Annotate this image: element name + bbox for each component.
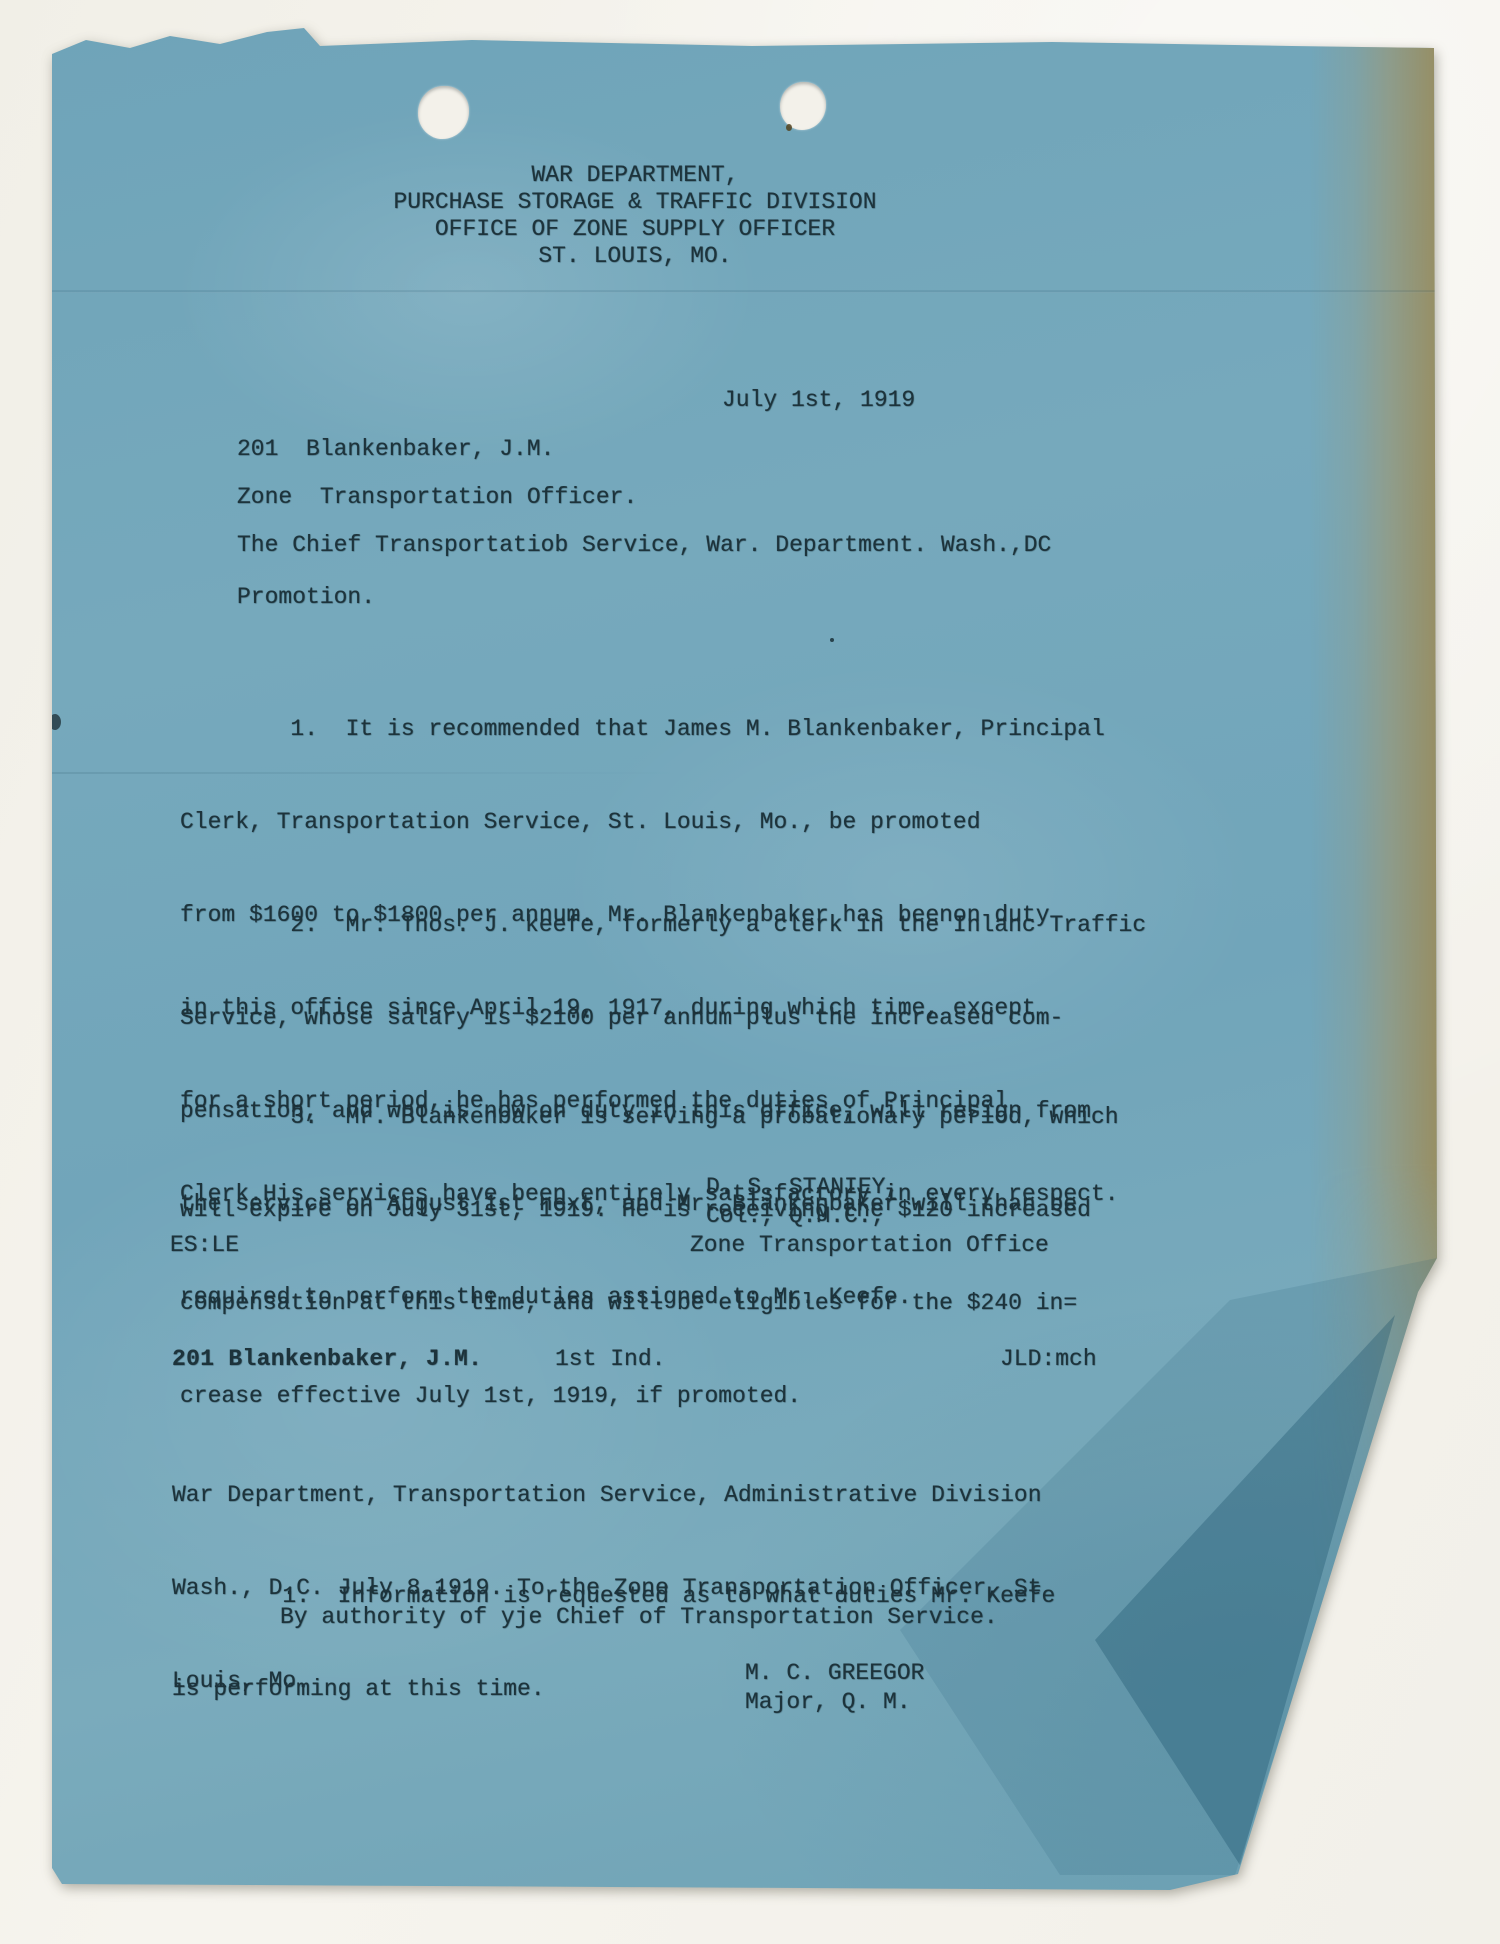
endorsement-clerk-initials: JLD:mch (1000, 1346, 1097, 1373)
letterhead-line: OFFICE OF ZONE SUPPLY OFFICER (435, 216, 835, 243)
endorsement-signature-name: M. C. GREEGOR (745, 1660, 924, 1687)
letterhead-line: WAR DEPARTMENT, (531, 162, 738, 189)
date-line: July 1st, 1919 (722, 387, 915, 414)
punch-hole (780, 82, 826, 130)
signature-name: D. S. STANIEY, (706, 1174, 899, 1201)
letterhead-line: ST. LOUIS, MO. (538, 243, 731, 270)
to-line: The Chief Transportatiob Service, War. D… (237, 532, 1051, 559)
endorsement-signature-rank: Major, Q. M. (745, 1689, 911, 1716)
letter-paper: WAR DEPARTMENT, PURCHASE STORAGE & TRAFF… (52, 28, 1437, 1890)
letterhead-line: PURCHASE STORAGE & TRAFFIC DIVISION (393, 189, 876, 216)
body-line: Clerk, Transportation Service, St. Louis… (180, 807, 1119, 838)
body-line: crease effective July 1st, 1919, if prom… (180, 1381, 1119, 1412)
from-line: Zone Transportation Officer. (237, 484, 637, 511)
signature-rank: Col., Q.M.C., (706, 1203, 885, 1230)
paper-crease (52, 290, 1437, 293)
document-scan: WAR DEPARTMENT, PURCHASE STORAGE & TRAFF… (52, 28, 1437, 1890)
endorsement-file-reference: 201 Blankenbaker, J.M. (172, 1346, 482, 1373)
punch-hole (418, 86, 469, 139)
body-line: 2. Mr. Thos. J. keefe, formerly a clerk … (180, 910, 1146, 941)
signature-office: Zone Transportation Office (690, 1232, 1049, 1259)
authority-line: By authority of yje Chief of Transportat… (280, 1604, 998, 1631)
body-line: will expire on July 31st, 1919. He is re… (180, 1195, 1119, 1226)
ink-speck (786, 124, 792, 131)
endorsement-request-paragraph: 1. Information is requested as to what d… (172, 1519, 1055, 1767)
body-line: compensation at this time, and will be e… (180, 1288, 1119, 1319)
subject-line: Promotion. (237, 584, 375, 611)
endorsement-address-line: War Department, Transportation Service, … (172, 1480, 1042, 1511)
body-line: 1. It is recommended that James M. Blank… (180, 714, 1119, 745)
endorsement-indorsement-label: 1st Ind. (555, 1346, 665, 1373)
stenographer-initials: ES:LE (170, 1232, 239, 1259)
body-line: Service, whose salary is $2100 per annum… (180, 1003, 1146, 1034)
body-line: 3. Mr. Blankenbaker is serving a probati… (180, 1102, 1119, 1133)
file-reference-line: 201 Blankenbaker, J.M. (237, 436, 554, 463)
ink-speck (830, 638, 834, 642)
